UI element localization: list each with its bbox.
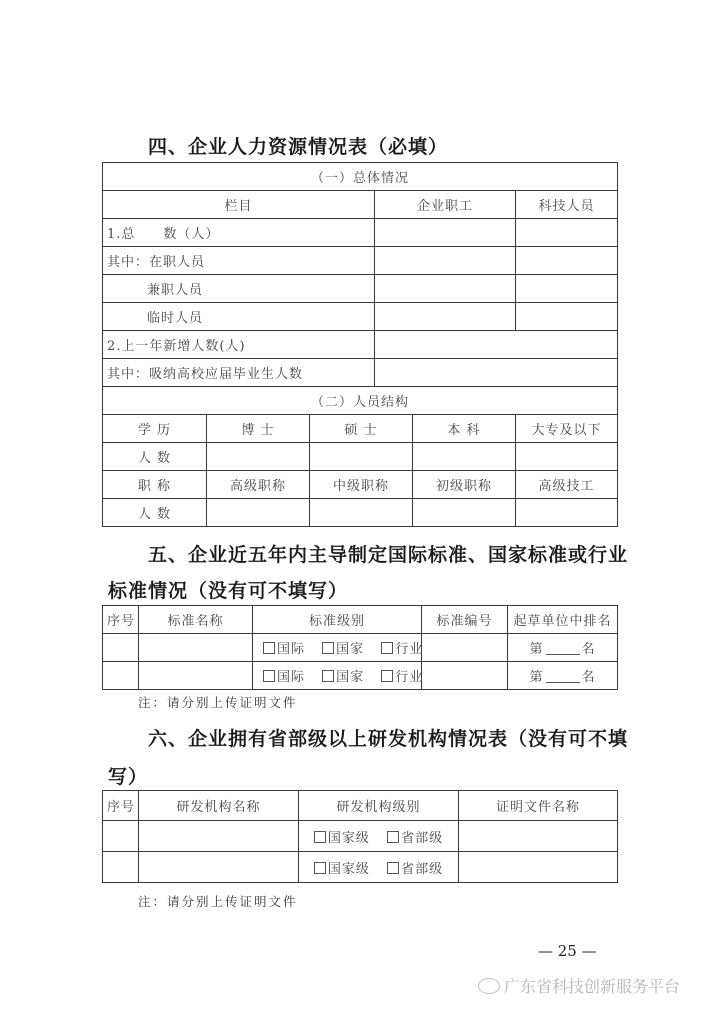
section5-note: 注：请分别上传证明文件 <box>138 693 298 711</box>
header-drafter-rank: 起草单位中排名 <box>508 606 618 634</box>
row-new-hires-label: 2.上一年新增人数(人) <box>103 331 375 359</box>
row-temporary-label: 临时人员 <box>103 303 375 331</box>
index-input[interactable] <box>103 662 139 690</box>
table-row: 国家级 省部级 <box>103 852 618 883</box>
temporary-tech-input[interactable] <box>516 303 618 331</box>
rank-cell: 第名 <box>508 634 618 662</box>
part1-title: （一）总体情况 <box>103 163 618 191</box>
senior-count-input[interactable] <box>207 499 310 527</box>
checkbox-icon <box>314 862 326 874</box>
rank-input[interactable] <box>546 670 580 683</box>
parttime-employees-input[interactable] <box>375 275 516 303</box>
checkbox-international[interactable]: 国际 <box>263 642 305 657</box>
education-phd: 博 士 <box>207 415 310 443</box>
proof-document-input[interactable] <box>459 821 618 852</box>
checkbox-icon <box>322 642 334 654</box>
technician-count-input[interactable] <box>516 499 618 527</box>
standard-level-options: 国际 国家 行业 <box>253 634 422 662</box>
education-bachelor: 本 科 <box>413 415 516 443</box>
header-standard-level: 标准级别 <box>253 606 422 634</box>
checkbox-national[interactable]: 国家 <box>322 642 364 657</box>
fulltime-employees-input[interactable] <box>375 247 516 275</box>
row-parttime-label: 兼职人员 <box>103 275 375 303</box>
rd-institutions-table: 序号 研发机构名称 研发机构级别 证明文件名称 国家级 省部级 国家级 省部级 <box>102 790 618 883</box>
section6-title-line2: 写） <box>108 762 148 789</box>
header-tech-staff: 科技人员 <box>516 191 618 219</box>
checkbox-icon <box>263 670 275 682</box>
standards-table: 序号 标准名称 标准级别 标准编号 起草单位中排名 国际 国家 行业 第名 国际… <box>102 605 618 690</box>
education-count-label: 人 数 <box>103 443 207 471</box>
section5-title-line1: 五、企业近五年内主导制定国际标准、国家标准或行业 <box>148 540 628 567</box>
bachelor-count-input[interactable] <box>413 443 516 471</box>
index-input[interactable] <box>103 821 139 852</box>
checkbox-icon <box>387 862 399 874</box>
standard-number-input[interactable] <box>422 634 508 662</box>
header-institution-name: 研发机构名称 <box>139 791 299 821</box>
wechat-icon <box>478 978 500 994</box>
table-row: 国际 国家 行业 第名 <box>103 662 618 690</box>
title-middle: 中级职称 <box>310 471 413 499</box>
header-standard-number: 标准编号 <box>422 606 508 634</box>
header-item: 栏目 <box>103 191 375 219</box>
hr-table: （一）总体情况 栏目 企业职工 科技人员 1.总 数（人） 其中：在职人员 兼职… <box>102 162 618 527</box>
checkbox-provincial-level[interactable]: 省部级 <box>387 831 443 846</box>
parttime-tech-input[interactable] <box>516 275 618 303</box>
header-index: 序号 <box>103 791 139 821</box>
checkbox-provincial-level[interactable]: 省部级 <box>387 862 443 877</box>
header-institution-level: 研发机构级别 <box>299 791 459 821</box>
master-count-input[interactable] <box>310 443 413 471</box>
standard-level-options: 国际 国家 行业 <box>253 662 422 690</box>
checkbox-icon <box>381 642 393 654</box>
checkbox-industry[interactable]: 行业 <box>381 642 421 657</box>
institution-name-input[interactable] <box>139 852 299 883</box>
total-employees-input[interactable] <box>375 219 516 247</box>
temporary-employees-input[interactable] <box>375 303 516 331</box>
standard-number-input[interactable] <box>422 662 508 690</box>
rank-cell: 第名 <box>508 662 618 690</box>
section5-title-line2: 标准情况（没有可不填写） <box>108 576 348 603</box>
institution-level-options: 国家级 省部级 <box>299 821 459 852</box>
education-master: 硕 士 <box>310 415 413 443</box>
header-standard-name: 标准名称 <box>139 606 253 634</box>
header-proof-document: 证明文件名称 <box>459 791 618 821</box>
title-senior-technician: 高级技工 <box>516 471 618 499</box>
middle-count-input[interactable] <box>310 499 413 527</box>
checkbox-national[interactable]: 国家 <box>322 670 364 685</box>
checkbox-icon <box>314 831 326 843</box>
row-graduates-label: 其中：吸纳高校应届毕业生人数 <box>103 359 375 387</box>
watermark: 广东省科技创新服务平台 <box>478 974 680 997</box>
checkbox-international[interactable]: 国际 <box>263 670 305 685</box>
index-input[interactable] <box>103 634 139 662</box>
standard-name-input[interactable] <box>139 634 253 662</box>
fulltime-tech-input[interactable] <box>516 247 618 275</box>
checkbox-icon <box>381 670 393 682</box>
checkbox-icon <box>322 670 334 682</box>
index-input[interactable] <box>103 852 139 883</box>
checkbox-industry[interactable]: 行业 <box>381 670 421 685</box>
header-index: 序号 <box>103 606 139 634</box>
college-count-input[interactable] <box>516 443 618 471</box>
title-label: 职 称 <box>103 471 207 499</box>
row-total-label: 1.总 数（人） <box>103 219 375 247</box>
section6-note: 注：请分别上传证明文件 <box>138 892 298 910</box>
institution-level-options: 国家级 省部级 <box>299 852 459 883</box>
junior-count-input[interactable] <box>413 499 516 527</box>
checkbox-national-level[interactable]: 国家级 <box>314 831 370 846</box>
table-row: 国家级 省部级 <box>103 821 618 852</box>
checkbox-icon <box>387 831 399 843</box>
title-count-label: 人 数 <box>103 499 207 527</box>
institution-name-input[interactable] <box>139 821 299 852</box>
section4-title: 四、企业人力资源情况表（必填） <box>148 132 448 159</box>
standard-name-input[interactable] <box>139 662 253 690</box>
rank-input[interactable] <box>546 642 580 655</box>
row-fulltime-label: 其中：在职人员 <box>103 247 375 275</box>
total-tech-input[interactable] <box>516 219 618 247</box>
checkbox-national-level[interactable]: 国家级 <box>314 862 370 877</box>
title-senior: 高级职称 <box>207 471 310 499</box>
new-hires-input[interactable] <box>375 331 618 359</box>
education-label: 学 历 <box>103 415 207 443</box>
checkbox-icon <box>263 642 275 654</box>
education-college: 大专及以下 <box>516 415 618 443</box>
section6-title-line1: 六、企业拥有省部级以上研发机构情况表（没有可不填 <box>148 724 628 751</box>
phd-count-input[interactable] <box>207 443 310 471</box>
table-row: 国际 国家 行业 第名 <box>103 634 618 662</box>
proof-document-input[interactable] <box>459 852 618 883</box>
title-junior: 初级职称 <box>413 471 516 499</box>
graduates-input[interactable] <box>375 359 618 387</box>
header-employees: 企业职工 <box>375 191 516 219</box>
page-number: — 25 — <box>538 942 597 960</box>
part2-title: （二）人员结构 <box>103 387 618 415</box>
